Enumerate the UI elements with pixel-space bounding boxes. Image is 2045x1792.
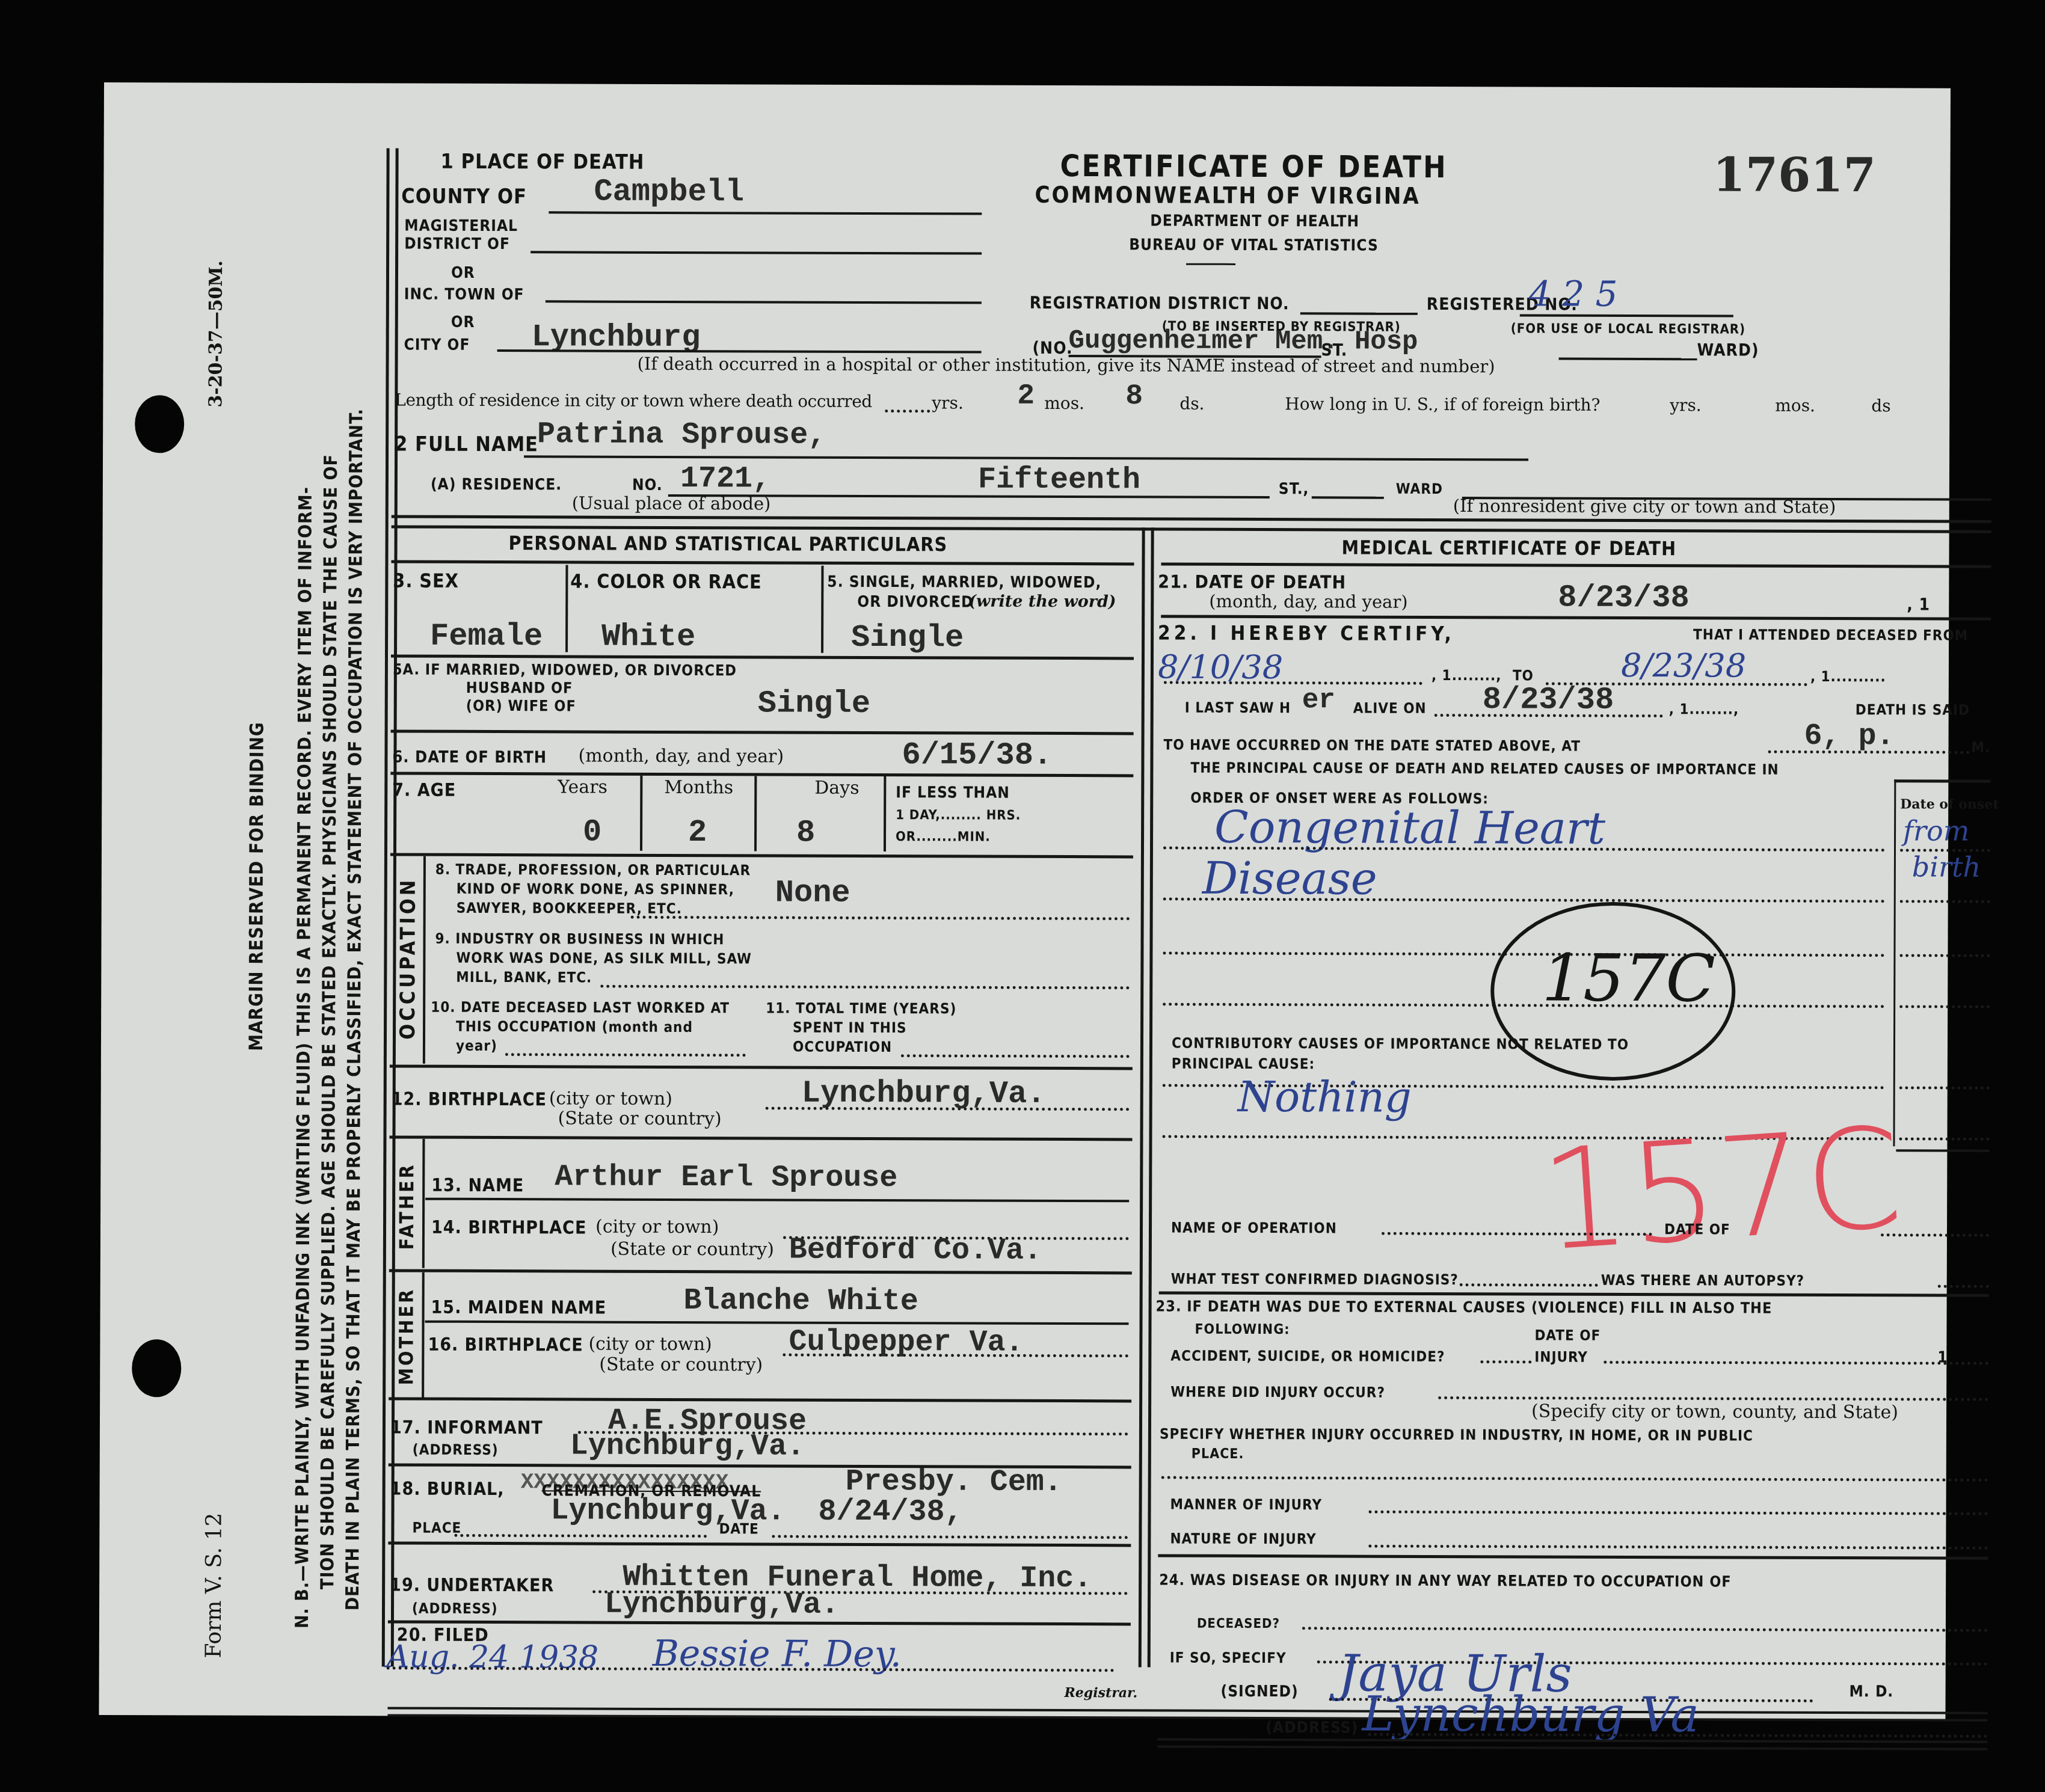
residence-label: (A) RESIDENCE. [431, 476, 562, 494]
row-rule-12 [389, 1135, 1132, 1141]
father-name-label: 13. NAME [431, 1175, 524, 1196]
father-name-underline [425, 1198, 1129, 1203]
informant-address-label: (ADDRESS) [413, 1441, 499, 1458]
last-worked-label-1: 10. DATE DECEASED LAST WORKED AT [431, 999, 730, 1017]
death-certificate-page: 3-20-37—50M. Form V. S. 12 MARGIN RESERV… [99, 82, 1951, 1721]
mother-name-value: Blanche White [684, 1284, 918, 1319]
last-worked-label-2: THIS OCCUPATION (month and [456, 1018, 693, 1036]
nature-field[interactable] [1368, 1545, 1988, 1550]
less-than-label-1: IF LESS THAN [896, 784, 1010, 802]
mother-name-underline [425, 1321, 1129, 1325]
burial-date-dotline [772, 1535, 1128, 1539]
residence-yrs-field[interactable] [885, 410, 930, 413]
row-rule-burial [388, 1541, 1131, 1547]
medical-rule-23 [1158, 1554, 1988, 1560]
principal-cause-label-1: THE PRINCIPAL CAUSE OF DEATH AND RELATED… [1190, 759, 1779, 778]
reg-district-label: REGISTRATION DISTRICT NO. [1030, 293, 1290, 313]
operation-field[interactable] [1382, 1232, 1652, 1236]
industry-label-2: WORK WAS DONE, AS SILK MILL, SAW [456, 950, 752, 968]
age-months-value: 2 [688, 815, 707, 850]
where-injury-label: WHERE DID INJURY OCCUR? [1170, 1384, 1385, 1401]
attended-to-label: TO [1513, 667, 1534, 684]
contributory-label-1: CONTRIBUTORY CAUSES OF IMPORTANCE NOT RE… [1172, 1035, 1629, 1053]
marital-label-2: OR DIVORCED [857, 593, 973, 612]
injury-date-field[interactable] [1604, 1361, 1988, 1365]
manner-field[interactable] [1369, 1511, 1988, 1515]
institution-value: Guggenheimer Mem. Hosp [1069, 326, 1418, 357]
form-print-date: 3-20-37—50M. [205, 260, 227, 408]
institution-no-label: (NO. [1033, 338, 1073, 358]
row-rule-7 [390, 853, 1133, 859]
test-field[interactable] [1460, 1283, 1598, 1287]
trade-dotline [631, 916, 1130, 921]
residence-st-field[interactable] [1312, 496, 1384, 499]
informant-label: 17. INFORMANT [390, 1417, 543, 1439]
or-label-1: OR [451, 264, 475, 282]
medical-rule-21 [1161, 615, 1991, 621]
specify-field[interactable] [1161, 1476, 1988, 1482]
attended-to-value: 8/23/38 [1621, 646, 1746, 685]
attended-from-year: , 1........, [1431, 667, 1502, 684]
where-injury-note: (Specify city or town, county, and State… [1531, 1401, 1898, 1423]
place-of-death-label: 1 PLACE OF DEATH [441, 150, 645, 174]
total-time-field[interactable] [901, 1054, 1130, 1058]
onset-box-left [1893, 779, 1896, 1146]
mother-name-label: 15. MAIDEN NAME [431, 1297, 607, 1319]
full-name-value: Patrina Sprouse, [537, 417, 826, 453]
sex-label: 3. SEX [393, 569, 459, 592]
less-than-label-2: 1 DAY,........ HRS. [896, 808, 1021, 823]
cause-onset-dotline-4 [1899, 1005, 1990, 1008]
row-rule-5a [391, 730, 1134, 735]
operation-date-field[interactable] [1881, 1233, 1989, 1237]
race-marital-divider [821, 566, 823, 653]
last-worked-label-3: year) [456, 1037, 497, 1054]
race-value: White [601, 619, 695, 655]
registrar-label: Registrar. [1065, 1685, 1138, 1701]
full-name-label: 2 FULL NAME [395, 432, 538, 457]
dob-label: 6. DATE OF BIRTH [392, 748, 547, 767]
dob-note: (month, day, and year) [578, 745, 784, 767]
sex-value: Female [430, 619, 543, 655]
date-of-death-value: 8/23/38 [1558, 580, 1690, 616]
ward-field[interactable] [1559, 358, 1697, 361]
row-rule-father [389, 1269, 1132, 1274]
date-of-death-label: 21. DATE OF DEATH [1158, 572, 1346, 594]
instruction-line-1: N. B.—WRITE PLAINLY, WITH UNFADING INK (… [292, 486, 316, 1628]
spouse-label-1: 5A. IF MARRIED, WIDOWED, OR DIVORCED [393, 661, 737, 680]
total-time-label-3: OCCUPATION [793, 1039, 892, 1056]
total-time-label-2: SPENT IN THIS [793, 1019, 907, 1037]
occupation-related-field[interactable] [1302, 1627, 1988, 1632]
county-underline [549, 211, 982, 215]
certificate-number: 17617 [1712, 147, 1876, 203]
residence-ds-value: 8 [1125, 380, 1143, 413]
total-time-label-1: 11. TOTAL TIME (YEARS) [766, 999, 956, 1017]
birthplace-note-2: (State or country) [558, 1108, 722, 1129]
specify-label-2: PLACE. [1192, 1446, 1244, 1462]
external-label-2: FOLLOWING: [1195, 1322, 1290, 1337]
mother-side-rule [422, 1272, 425, 1399]
residence-mos-label: mos. [1044, 393, 1084, 413]
md-label: M. D. [1850, 1683, 1894, 1701]
nonresident-note: (If nonresident give city or town and St… [1453, 496, 1836, 517]
magisterial-field[interactable] [530, 251, 982, 254]
accident-label: ACCIDENT, SUICIDE, OR HOMICIDE? [1170, 1348, 1445, 1365]
undertaker-address: Lynchburg,Va. [604, 1588, 839, 1622]
birthplace-note-1: (city or town) [549, 1088, 673, 1109]
foreign-yrs-label: yrs. [1670, 395, 1702, 415]
test-label: WHAT TEST CONFIRMED DIAGNOSIS? [1171, 1271, 1459, 1289]
mother-birthplace-note-2: (State or country) [599, 1354, 763, 1376]
department-title: DEPARTMENT OF HEALTH [1150, 212, 1359, 230]
row-rule-occupation [390, 1064, 1133, 1070]
sex-race-divider [565, 565, 568, 652]
trade-value: None [775, 876, 850, 911]
contributory-value: Nothing [1238, 1072, 1412, 1122]
form-number: Form V. S. 12 [201, 1512, 227, 1658]
medical-rule-22 [1159, 1292, 1989, 1297]
last-saw-date: 8/23/38 [1483, 682, 1614, 718]
instruction-line-2: TION SHOULD BE CAREFULLY SUPPLIED. AGE S… [317, 454, 342, 1589]
industry-field[interactable] [600, 985, 1130, 990]
row-rule-mother [389, 1397, 1131, 1402]
binding-hole-bottom [132, 1339, 181, 1397]
residence-no-label: NO. [632, 476, 663, 494]
injury-date-of-label: DATE OF [1534, 1327, 1601, 1343]
attended-to-year: , 1.......... [1810, 668, 1886, 685]
county-value: Campbell [594, 174, 744, 210]
row-rule-3 [391, 655, 1134, 660]
signed-label: (SIGNED) [1221, 1683, 1299, 1701]
personal-section-title: PERSONAL AND STATISTICAL PARTICULARS [509, 532, 948, 556]
time-of-death: 6, p. [1804, 719, 1895, 753]
burial-label: 18. BURIAL, [390, 1479, 505, 1500]
father-birthplace-note-1: (city or town) [595, 1217, 719, 1238]
nature-label: NATURE OF INJURY [1170, 1530, 1316, 1548]
dob-value: 6/15/38. [902, 737, 1052, 773]
father-birthplace-label: 14. BIRTHPLACE [431, 1217, 586, 1239]
autopsy-field[interactable] [1938, 1285, 1989, 1288]
registered-no-underline [1520, 314, 1733, 317]
age-years-value: 0 [583, 815, 601, 850]
spouse-label-2: HUSBAND OF [466, 679, 573, 697]
age-years-label: Years [558, 776, 607, 797]
occupation-question-2: DECEASED? [1197, 1616, 1280, 1631]
last-saw-dotline [1435, 714, 1663, 717]
column-divider [1139, 527, 1154, 1667]
age-divider-2 [754, 776, 757, 851]
last-worked-field[interactable] [505, 1053, 746, 1057]
father-name-value: Arthur Earl Sprouse [555, 1160, 897, 1195]
cause-line-2: Disease [1202, 853, 1377, 905]
form-bottom-rule [387, 1707, 1987, 1721]
address-label: (ADDRESS) [1265, 1719, 1358, 1737]
mother-side-label: MOTHER [395, 1287, 418, 1385]
residence-number: 1721, [680, 462, 770, 496]
industry-label-3: MILL, BANK, ETC. [456, 969, 592, 986]
magisterial-label-2: DISTRICT OF [404, 235, 510, 254]
red-pencil-code: 157C [1536, 1098, 1907, 1282]
or-label-2: OR [451, 313, 475, 331]
marital-label-note: (write the word) [968, 592, 1116, 612]
specify-label-1: SPECIFY WHETHER INJURY OCCURRED IN INDUS… [1160, 1426, 1753, 1444]
age-days-label: Days [814, 778, 859, 799]
residence-ds-label: ds. [1179, 394, 1204, 414]
onset-value-1: from [1903, 814, 1969, 847]
age-divider-1 [640, 776, 642, 851]
contributory-label-2: PRINCIPAL CAUSE: [1172, 1055, 1315, 1073]
manner-label: MANNER OF INJURY [1170, 1496, 1323, 1514]
last-saw-suffix: er [1302, 684, 1335, 716]
contributory-onset-dotline-2 [1899, 1137, 1989, 1140]
city-label: CITY OF [404, 336, 470, 354]
foreign-mos-label: mos. [1775, 396, 1815, 416]
foreign-ds-label: ds [1871, 396, 1890, 416]
burial-date-value: 8/24/38, [818, 1495, 962, 1530]
contributory-onset-dotline-1 [1899, 1086, 1990, 1089]
operation-label: NAME OF OPERATION [1171, 1220, 1337, 1237]
time-dotline [1768, 750, 1970, 754]
row-rule-undertaker [388, 1620, 1131, 1625]
residence-street: Fifteenth [978, 463, 1140, 498]
mother-birthplace-label: 16. BIRTHPLACE [428, 1334, 583, 1356]
age-days-value: 8 [796, 815, 815, 851]
spouse-label-3: (OR) WIFE OF [466, 697, 576, 715]
external-label-1: 23. IF DEATH WAS DUE TO EXTERNAL CAUSES … [1156, 1298, 1773, 1317]
spouse-value: Single [758, 686, 870, 722]
reg-district-field[interactable] [1300, 312, 1418, 315]
time-m-label: M. [1971, 739, 1990, 756]
last-saw-year: , 1........, [1669, 701, 1739, 717]
father-birthplace-value: Bedford Co.Va. [789, 1233, 1042, 1268]
onset-label: Date of onset [1900, 796, 1999, 812]
instruction-line-3: DEATH IN PLAIN TERMS, SO THAT IT MAY BE … [342, 408, 367, 1611]
birthplace-label: 12. BIRTHPLACE [392, 1089, 547, 1111]
residence-length-label: Length of residence in city or town wher… [395, 390, 872, 411]
injury-label: INJURY [1534, 1348, 1588, 1365]
industry-label-1: 9. INDUSTRY OR BUSINESS IN WHICH [435, 930, 724, 948]
commonwealth-title: COMMONWEALTH OF VIRGINA [1035, 182, 1421, 209]
occupation-side-rule [423, 856, 426, 1064]
residence-mos-value: 2 [1017, 380, 1035, 413]
certificate-title: CERTIFICATE OF DEATH [1060, 149, 1447, 185]
residence-st-label: ST., [1279, 480, 1309, 498]
date-of-death-year: , 1 [1907, 594, 1930, 614]
institution-st-label: ST. [1321, 340, 1348, 360]
county-label: COUNTY OF [401, 185, 527, 209]
death-said-label: DEATH IS SAID [1856, 701, 1970, 719]
onset-box-top [1894, 779, 1990, 783]
trade-label-3: SAWYER, BOOKKEEPER, ETC. [457, 900, 682, 917]
father-side-rule [422, 1139, 425, 1268]
residence-ward-label: WARD [1396, 480, 1443, 497]
occupation-side-label: OCCUPATION [396, 877, 420, 1040]
medical-section-title: MEDICAL CERTIFICATE OF DEATH [1342, 536, 1677, 560]
marital-label-1: 5. SINGLE, MARRIED, WIDOWED, [827, 573, 1101, 592]
age-months-label: Months [664, 777, 733, 798]
residence-yrs-label: yrs. [932, 393, 964, 413]
binding-hole-top [135, 395, 184, 453]
inc-town-field[interactable] [546, 300, 982, 304]
accident-field[interactable] [1480, 1360, 1531, 1363]
cause-onset-dotline-3 [1899, 954, 1990, 957]
medical-bottom-rule [1157, 1738, 1987, 1751]
certify-text: THAT I ATTENDED DECEASED FROM [1693, 626, 1968, 643]
trade-label-1: 8. TRADE, PROFESSION, OR PARTICULAR [435, 861, 751, 879]
if-so-label: IF SO, SPECIFY [1170, 1649, 1287, 1667]
cause-onset-dotline-2 [1900, 900, 1990, 903]
registered-no-value: 4 2 5 [1529, 273, 1618, 314]
informant-address: Lynchburg,Va. [570, 1429, 805, 1464]
undertaker-label: 19. UNDERTAKER [390, 1575, 554, 1597]
registered-no-note: (FOR USE OF LOCAL REGISTRAR) [1511, 321, 1746, 337]
inc-town-label: INC. TOWN OF [404, 286, 524, 304]
ward-label: WARD) [1697, 340, 1759, 360]
abode-note: (Usual place of abode) [572, 492, 771, 514]
onset-value-2: birth [1912, 850, 1981, 883]
burial-date-label: DATE [719, 1520, 758, 1537]
undertaker-address-label: (ADDRESS) [412, 1600, 498, 1617]
bureau-title: BUREAU OF VITAL STATISTICS [1129, 236, 1379, 254]
cause-onset-dotline-1 [1900, 848, 1990, 852]
alive-on-label: ALIVE ON [1353, 700, 1427, 717]
age-divider-3 [884, 776, 886, 852]
personal-title-rule [391, 560, 1134, 566]
occurred-label: TO HAVE OCCURRED ON THE DATE STATED ABOV… [1164, 737, 1581, 755]
operation-date-label: DATE OF [1664, 1221, 1730, 1238]
father-side-label: FATHER [395, 1162, 418, 1250]
certify-label: 22. I HEREBY CERTIFY, [1158, 621, 1455, 646]
full-name-underline [524, 455, 1528, 461]
age-label: 7. AGE [392, 780, 456, 801]
race-label: 4. COLOR OR RACE [570, 569, 761, 593]
circled-code: 157C [1542, 941, 1715, 1017]
last-saw-label: I LAST SAW H [1185, 699, 1291, 717]
header-rule [1186, 263, 1235, 265]
magisterial-label-1: MAGISTERIAL [404, 217, 518, 236]
binding-margin-note: MARGIN RESERVED FOR BINDING [245, 722, 268, 1051]
medical-title-rule [1161, 563, 1991, 568]
autopsy-label: WAS THERE AN AUTOPSY? [1601, 1272, 1804, 1289]
burial-place-dotline [454, 1534, 707, 1538]
injury-year-label: 1 [1937, 1349, 1948, 1367]
onset-box-bottom [1896, 1149, 1989, 1152]
occupation-question-1: 24. WAS DISEASE OR INJURY IN ANY WAY REL… [1159, 1571, 1732, 1591]
less-than-label-3: OR........MIN. [896, 829, 991, 844]
trade-label-2: KIND OF WORK DONE, AS SPINNER, [457, 880, 734, 898]
mother-birthplace-note-1: (city or town) [588, 1334, 712, 1355]
father-birthplace-note-2: (State or country) [610, 1239, 774, 1260]
section-divider [392, 515, 1991, 533]
marital-value: Single [851, 620, 964, 656]
where-injury-field[interactable] [1438, 1396, 1988, 1401]
date-of-death-note: (month, day, and year) [1209, 591, 1407, 612]
foreign-birth-label: How long in U. S., if of foreign birth? [1285, 394, 1600, 415]
